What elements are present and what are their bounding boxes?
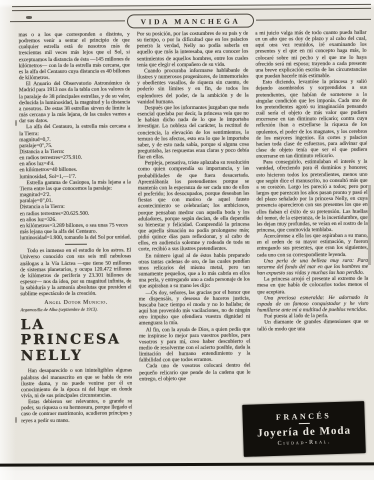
ad-city: Ciudad-Real.: [277, 439, 331, 447]
top-rule-2: [12, 8, 371, 11]
data-line: luminosidad=1.900, tomando la del Sol po…: [20, 235, 131, 242]
paragraph: —Os doy, señores, las gracias por el hon…: [139, 289, 251, 327]
paragraph: Han desaparecido o son ininteligibles al…: [21, 368, 133, 400]
paragraph: Un diamante de grandes dimensiones que s…: [257, 319, 368, 332]
masthead: VIDA MANCHEGA: [10, 12, 371, 29]
paragraph: En número igual al de éstos había prepar…: [138, 252, 250, 290]
ad-title: Joyería de Moda: [257, 425, 351, 440]
page-content: mas o a los que corresponden a distinta,…: [18, 30, 369, 464]
italic-paragraph: Una preciosa esmeralda: He adornado la e…: [257, 295, 368, 314]
bottom-rule: [0, 462, 374, 466]
paragraph: Cuando procuraba informarse hablábanle d…: [137, 68, 249, 106]
paragraph: Al fin, con la ayuda de Dios, a quien pe…: [139, 326, 251, 364]
masthead-rule-left: [10, 20, 125, 22]
paragraph: Acercáronse a ella los que aspiraban a s…: [257, 233, 368, 258]
section-divider: [65, 244, 87, 245]
newspaper-page: VIDA MANCHEGA mas o a los que correspond…: [0, 0, 374, 480]
paragraph: Por su posición, por las costumbres de s…: [137, 31, 249, 69]
top-rule: [12, 4, 371, 7]
dateline: Argamasilla de Alba (septiembre de 1913)…: [20, 306, 131, 313]
paragraph: Cada uno de vosotros colocará dentro del…: [139, 363, 250, 382]
paragraph: Esto diciendo, levantóse la princesa y s…: [255, 79, 367, 160]
paragraph: Perpleja, pensativa, triste aplazaba su …: [138, 160, 250, 253]
column-1: mas o a los que corresponden a distinta,…: [18, 31, 132, 464]
jewelry-ad: FRANCÉS Joyería de Moda Ciudad-Real.: [242, 401, 366, 457]
ad-divider: [298, 423, 309, 424]
data-line: en kilómetros=3.289 billones, o sea unas…: [20, 222, 131, 235]
column-2: Por su posición, por las costumbres de s…: [137, 31, 251, 464]
scan-speck: [15, 120, 17, 126]
masthead-title: VIDA MANCHEGA: [127, 13, 255, 28]
paragraph: mas o a los que corresponden a distinta,…: [18, 31, 130, 81]
paragraph: Estas debieron ser relevantes, o grande …: [21, 399, 132, 424]
paragraph: a mi juicio valga más de todo cuanto pue…: [255, 30, 367, 80]
masthead-rule-right: [256, 19, 371, 21]
paragraph: Para conseguirlo, estimulaban el interés…: [256, 159, 368, 234]
ad-brand: FRANCÉS: [276, 411, 332, 422]
paragraph: Todo es inmenso en el estudio de los ast…: [20, 248, 132, 298]
paragraph: La princesa arrojó el presente al extrem…: [257, 276, 368, 295]
paragraph: Después que los informantes juzgaban que…: [137, 104, 249, 160]
scan-edge-shadow: [368, 185, 371, 265]
paragraph: La alfa del Centauro, la estrella más ce…: [19, 124, 130, 137]
paragraph: Estrella gamma de Casiopea, la más lejan…: [20, 179, 131, 192]
scan-speck: [26, 16, 32, 19]
italic-paragraph: Una perla de una belleza muy rara: Para …: [257, 258, 368, 277]
paragraph: El Anuario del Observatorio Astronómico …: [19, 81, 131, 125]
column-3: a mi juicio valga más de todo cuanto pue…: [255, 30, 369, 463]
scan-speck: [15, 417, 17, 423]
author-signature: Angel Dotor Municio.: [20, 299, 131, 306]
article-headline: LA PRINCESA NELLY: [20, 317, 132, 364]
